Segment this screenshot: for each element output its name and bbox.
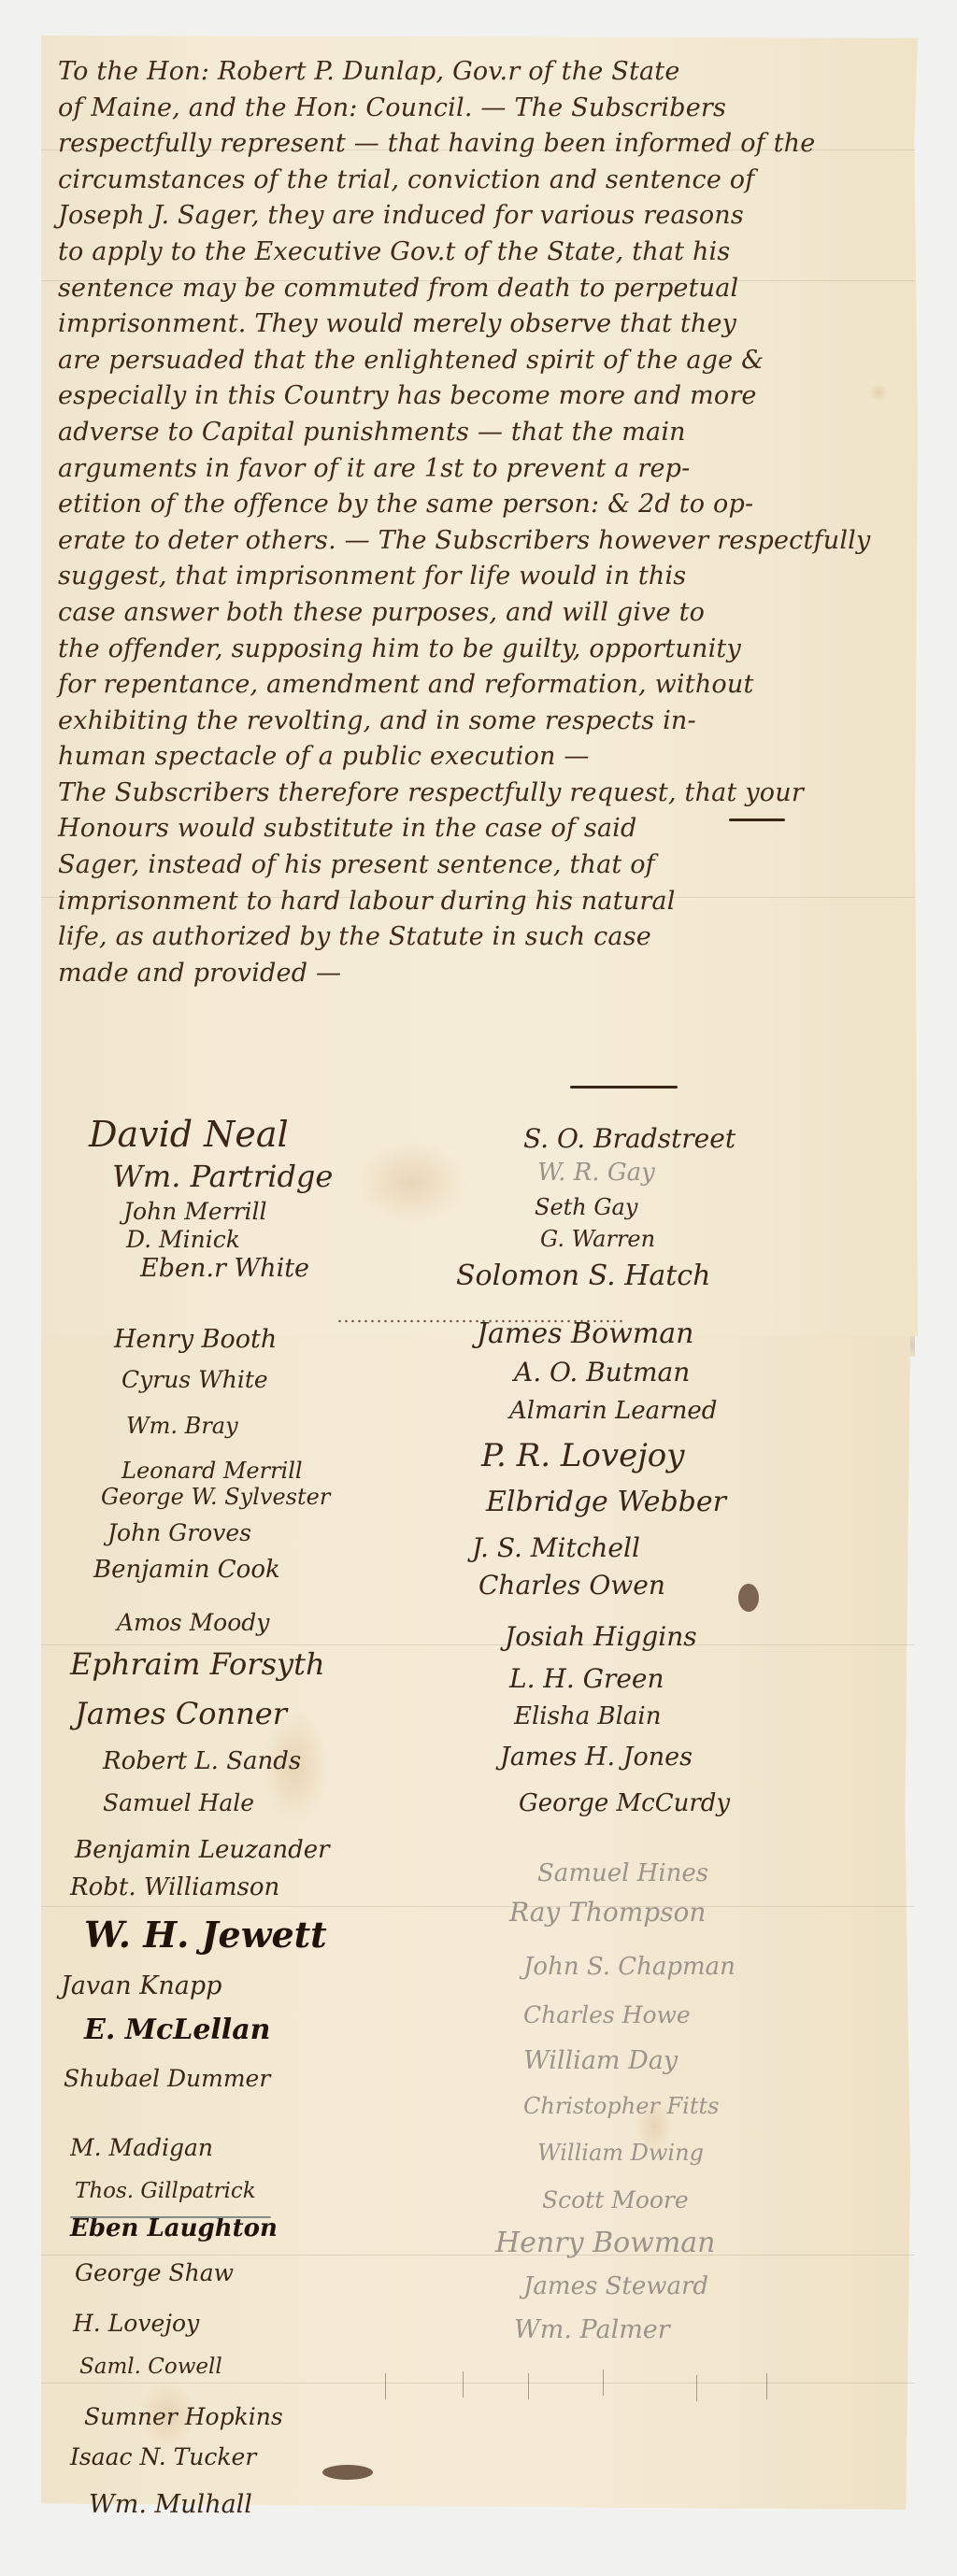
signature: P. R. Lovejoy — [481, 1437, 684, 1474]
signature: David Neal — [89, 1114, 289, 1155]
petition-line: To the Hon: Robert P. Dunlap, Gov.r of t… — [58, 54, 899, 91]
signature: E. McLellan — [84, 2014, 270, 2046]
signature: James H. Jones — [500, 1743, 693, 1772]
petition-line: especially in this Country has become mo… — [58, 378, 899, 415]
signature: D. Minick — [126, 1226, 240, 1253]
signature: S. O. Bradstreet — [523, 1123, 736, 1154]
petition-line: Sager, instead of his present sentence, … — [58, 847, 899, 884]
petition-line: the offender, supposing him to be guilty… — [58, 632, 899, 668]
petition-body: To the Hon: Robert P. Dunlap, Gov.r of t… — [58, 54, 899, 991]
signature: Elbridge Webber — [486, 1486, 726, 1518]
fold-tick — [463, 2371, 464, 2398]
pencil-line — [70, 2216, 271, 2218]
signature: Robt. Williamson — [70, 1873, 279, 1901]
signature: W. R. Gay — [537, 1159, 655, 1187]
petition-line: case answer both these purposes, and wil… — [58, 595, 899, 632]
petition-line: human spectacle of a public execution — — [58, 739, 899, 776]
signature: Wm. Palmer — [514, 2315, 670, 2344]
petition-line: circumstances of the trial, conviction a… — [58, 163, 899, 199]
signature: Solomon S. Hatch — [456, 1260, 710, 1292]
signature: Saml. Cowell — [79, 2355, 222, 2379]
petition-line: erate to deter others. — The Subscribers… — [58, 523, 899, 560]
signature: James Steward — [523, 2272, 708, 2300]
signature: W. H. Jewett — [84, 1914, 327, 1956]
fold-tick — [528, 2373, 529, 2399]
signature: Amos Moody — [117, 1609, 269, 1636]
fold-tick — [385, 2373, 386, 2399]
petition-line: arguments in favor of it are 1st to prev… — [58, 451, 899, 488]
signature: L. H. Green — [509, 1663, 664, 1694]
signature: William Day — [523, 2046, 678, 2075]
signature: John Groves — [107, 1519, 251, 1546]
signature: Josiah Higgins — [505, 1621, 697, 1652]
signature: Isaac N. Tucker — [70, 2443, 256, 2470]
fold-tick — [603, 2370, 604, 2396]
petition-line: etition of the offence by the same perso… — [58, 487, 899, 523]
signature: M. Madigan — [70, 2134, 213, 2161]
signature: Elisha Blain — [514, 1702, 661, 1730]
paper-crease — [41, 2383, 915, 2384]
signature: Leonard Merrill — [121, 1458, 303, 1484]
document-viewer: To the Hon: Robert P. Dunlap, Gov.r of t… — [0, 0, 957, 2576]
paper-crease — [41, 1644, 915, 1645]
signature: George McCurdy — [519, 1789, 730, 1817]
signature: Ephraim Forsyth — [70, 1646, 325, 1682]
signature: Seth Gay — [535, 1194, 637, 1220]
signature: John S. Chapman — [523, 1953, 736, 1981]
closing-flourish — [570, 1086, 678, 1089]
signature: G. Warren — [540, 1226, 655, 1252]
signature: Eben.r White — [140, 1254, 309, 1283]
signature: Scott Moore — [542, 2186, 689, 2213]
signature: Thos. Gillpatrick — [75, 2179, 256, 2203]
signature: Wm. Bray — [126, 1413, 238, 1439]
petition-line: suggest, that imprisonment for life woul… — [58, 559, 899, 595]
signature: Charles Owen — [478, 1570, 665, 1601]
signature: Eben Laughton — [70, 2214, 278, 2242]
petition-line: respectfully represent — that having bee… — [58, 126, 899, 163]
fold-tick — [766, 2373, 767, 2399]
signature: George W. Sylvester — [101, 1484, 330, 1510]
closing-flourish — [729, 818, 785, 821]
signature: James Bowman — [477, 1317, 694, 1350]
signature: Shubael Dummer — [64, 2065, 270, 2092]
petition-line: to apply to the Executive Gov.t of the S… — [58, 235, 899, 271]
petition-line: exhibiting the revolting, and in some re… — [58, 704, 899, 740]
signature: Christopher Fitts — [523, 2093, 719, 2119]
signature: Wm. Mulhall — [89, 2490, 252, 2519]
petition-line: made and provided — — [58, 956, 899, 992]
signature: Henry Booth — [114, 1325, 277, 1354]
signature: George Shaw — [75, 2259, 234, 2286]
signature: Samuel Hale — [103, 1789, 254, 1816]
signature: Ray Thompson — [509, 1897, 706, 1928]
signature: H. Lovejoy — [73, 2310, 199, 2337]
paper-crease — [41, 1906, 915, 1907]
petition-line: life, as authorized by the Statute in su… — [58, 919, 899, 956]
petition-line: The Subscribers therefore respectfully r… — [58, 776, 899, 812]
signature: Almarin Learned — [509, 1397, 717, 1425]
signature: Benjamin Cook — [93, 1556, 280, 1584]
petition-line: Joseph J. Sager, they are induced for va… — [58, 198, 899, 235]
petition-line: sentence may be commuted from death to p… — [58, 271, 899, 307]
signature: Henry Bowman — [495, 2227, 716, 2259]
signature: Charles Howe — [523, 2001, 691, 2028]
signature: Samuel Hines — [537, 1859, 708, 1887]
petition-line: imprisonment to hard labour during his n… — [58, 884, 899, 920]
signature: Benjamin Leuzander — [75, 1836, 330, 1864]
signature: Sumner Hopkins — [84, 2403, 283, 2430]
petition-line: for repentance, amendment and reformatio… — [58, 667, 899, 704]
signature: William Dwing — [537, 2140, 704, 2166]
signature: Javan Knapp — [61, 1971, 221, 2000]
petition-line: adverse to Capital punishments — that th… — [58, 415, 899, 451]
signature: James Conner — [75, 1696, 287, 1731]
signature: Cyrus White — [121, 1366, 268, 1393]
petition-line: are persuaded that the enlightened spiri… — [58, 343, 899, 379]
petition-line: of Maine, and the Hon: Council. — The Su… — [58, 91, 899, 127]
paper-crease — [41, 2255, 915, 2256]
ink-blot — [322, 2465, 373, 2480]
ink-blot — [738, 1584, 759, 1612]
petition-line: imprisonment. They would merely observe … — [58, 306, 899, 343]
signature: John Merrill — [123, 1198, 267, 1225]
signature: Wm. Partridge — [112, 1159, 333, 1194]
signature: J. S. Mitchell — [472, 1532, 640, 1563]
fold-tick — [696, 2375, 697, 2401]
petition-line: Honours would substitute in the case of … — [58, 811, 899, 847]
signature: Robert L. Sands — [103, 1747, 301, 1775]
paper-stain — [355, 1140, 467, 1224]
signature: A. O. Butman — [514, 1357, 690, 1388]
